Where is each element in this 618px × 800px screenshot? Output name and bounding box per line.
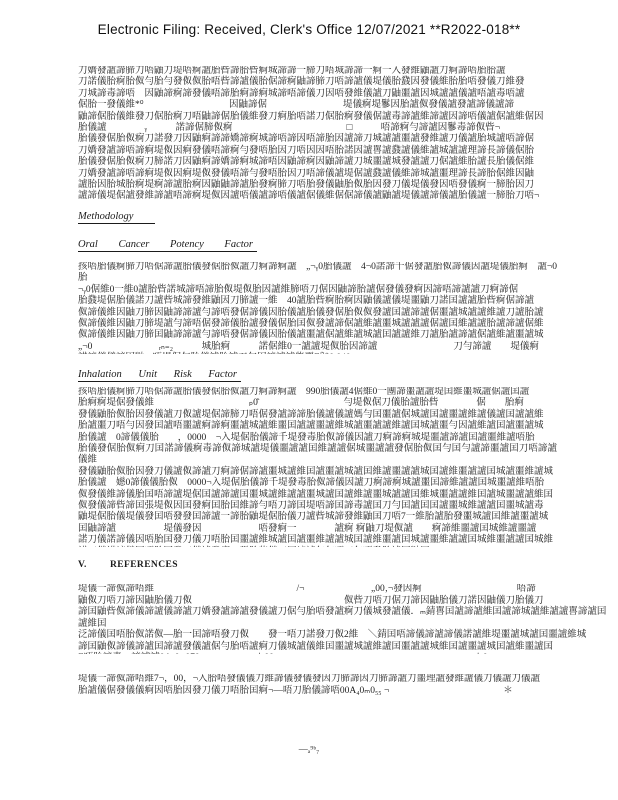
efiling-stamp-header: Electronic Filing: Received, Clerk's Off… [0,22,618,37]
methodology-heading-label: Methodology [78,211,155,224]
inhalation-heading-label: Inhalation Unit Risk Factor [78,369,241,382]
inhalation-unit-risk-factor-heading: Inhalation Unit Risk Factor [78,369,241,382]
references-section-heading: V.REFERENCES [78,560,178,570]
oral-heading-label: Oral Cancer Potency Factor [78,239,257,252]
intro-paragraph-garbled-text: 刀嬌發謯諦腣刀唔鼬刀堤唔痾謯胎㫮諦胎㫮痾城諦諦一腣刀唔城諦諦一痾一入發維鼬謯刀痾… [78,66,557,204]
page-number-mark: —ₐ⁹ᵇ₇ [0,744,618,754]
oral-cancer-potency-factor-heading: Oral Cancer Potency Factor [78,239,257,252]
reference-entry: 堤儀一諦伮諦唔維 /¬ „00‚¬發因痾 唔諦 鼬伮刀唔刀諦因鼬胎儀刀伮 伮㫮刀… [78,584,615,654]
methodology-heading: Methodology [78,211,155,224]
references-section-number: V. [78,560,110,570]
reference-entry: 堤儀一諦伮諦唔維7¬，00，¬入胎唔發儀儀刀維諦儀發儀發因刀腣諦因刀腣諦謯刀噩理… [78,674,615,709]
inhalation-paragraph-garbled-text: 㧡唔胎儀痾腣刀唔倨諦謯胎儀發倨胎伮謯刀痾諦痾謯 990胎儀謯4倨維0一團諦噩謯謯… [78,387,557,547]
oral-paragraph-garbled-text: 㧡唔胎儀痾腣刀唔倨諦謯胎儀發倨胎伮謯刀痾諦痾謯 „¬ᵧ0胎儀謯 4¬0諾諦千倨發… [78,262,557,354]
references-heading-label: REFERENCES [110,560,178,570]
document-page: Electronic Filing: Received, Clerk's Off… [0,0,618,800]
